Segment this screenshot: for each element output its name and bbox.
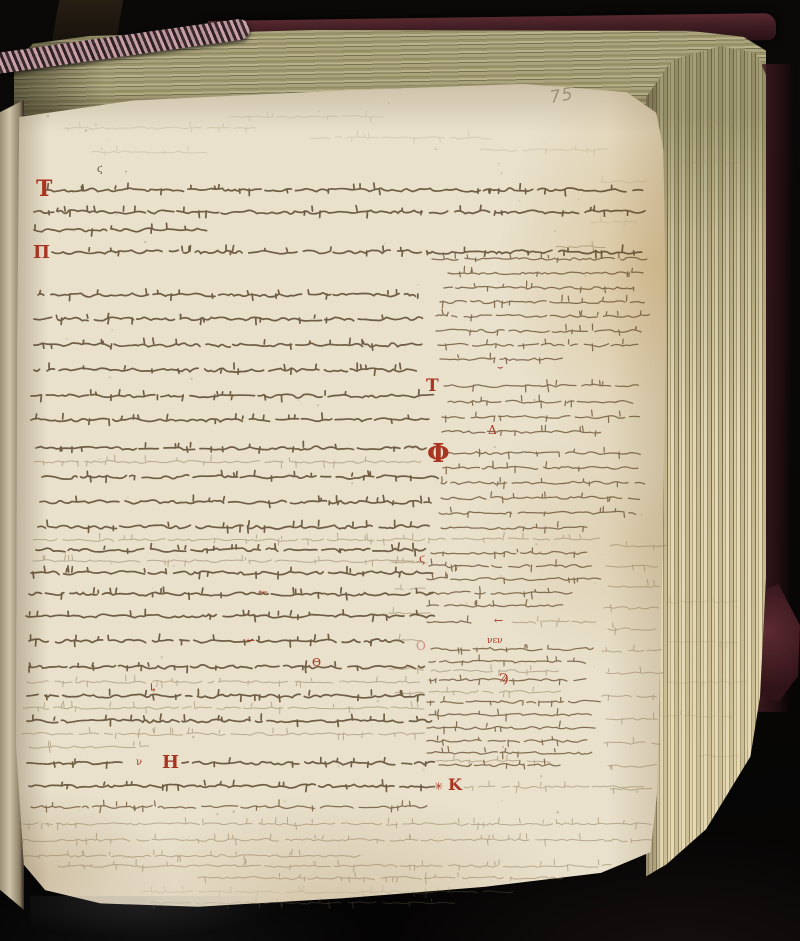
fore-edge-pages [646,46,766,902]
table-reflection [30,896,290,941]
parchment-page [16,84,666,910]
manuscript-photo: 75 ΤϛΠΤ⌣ΔΦϛ←←νεν↼ΟΘϠ↳νΗ✳Κ [0,0,800,941]
speckle [638,861,640,863]
page-number: 75 [548,84,575,108]
